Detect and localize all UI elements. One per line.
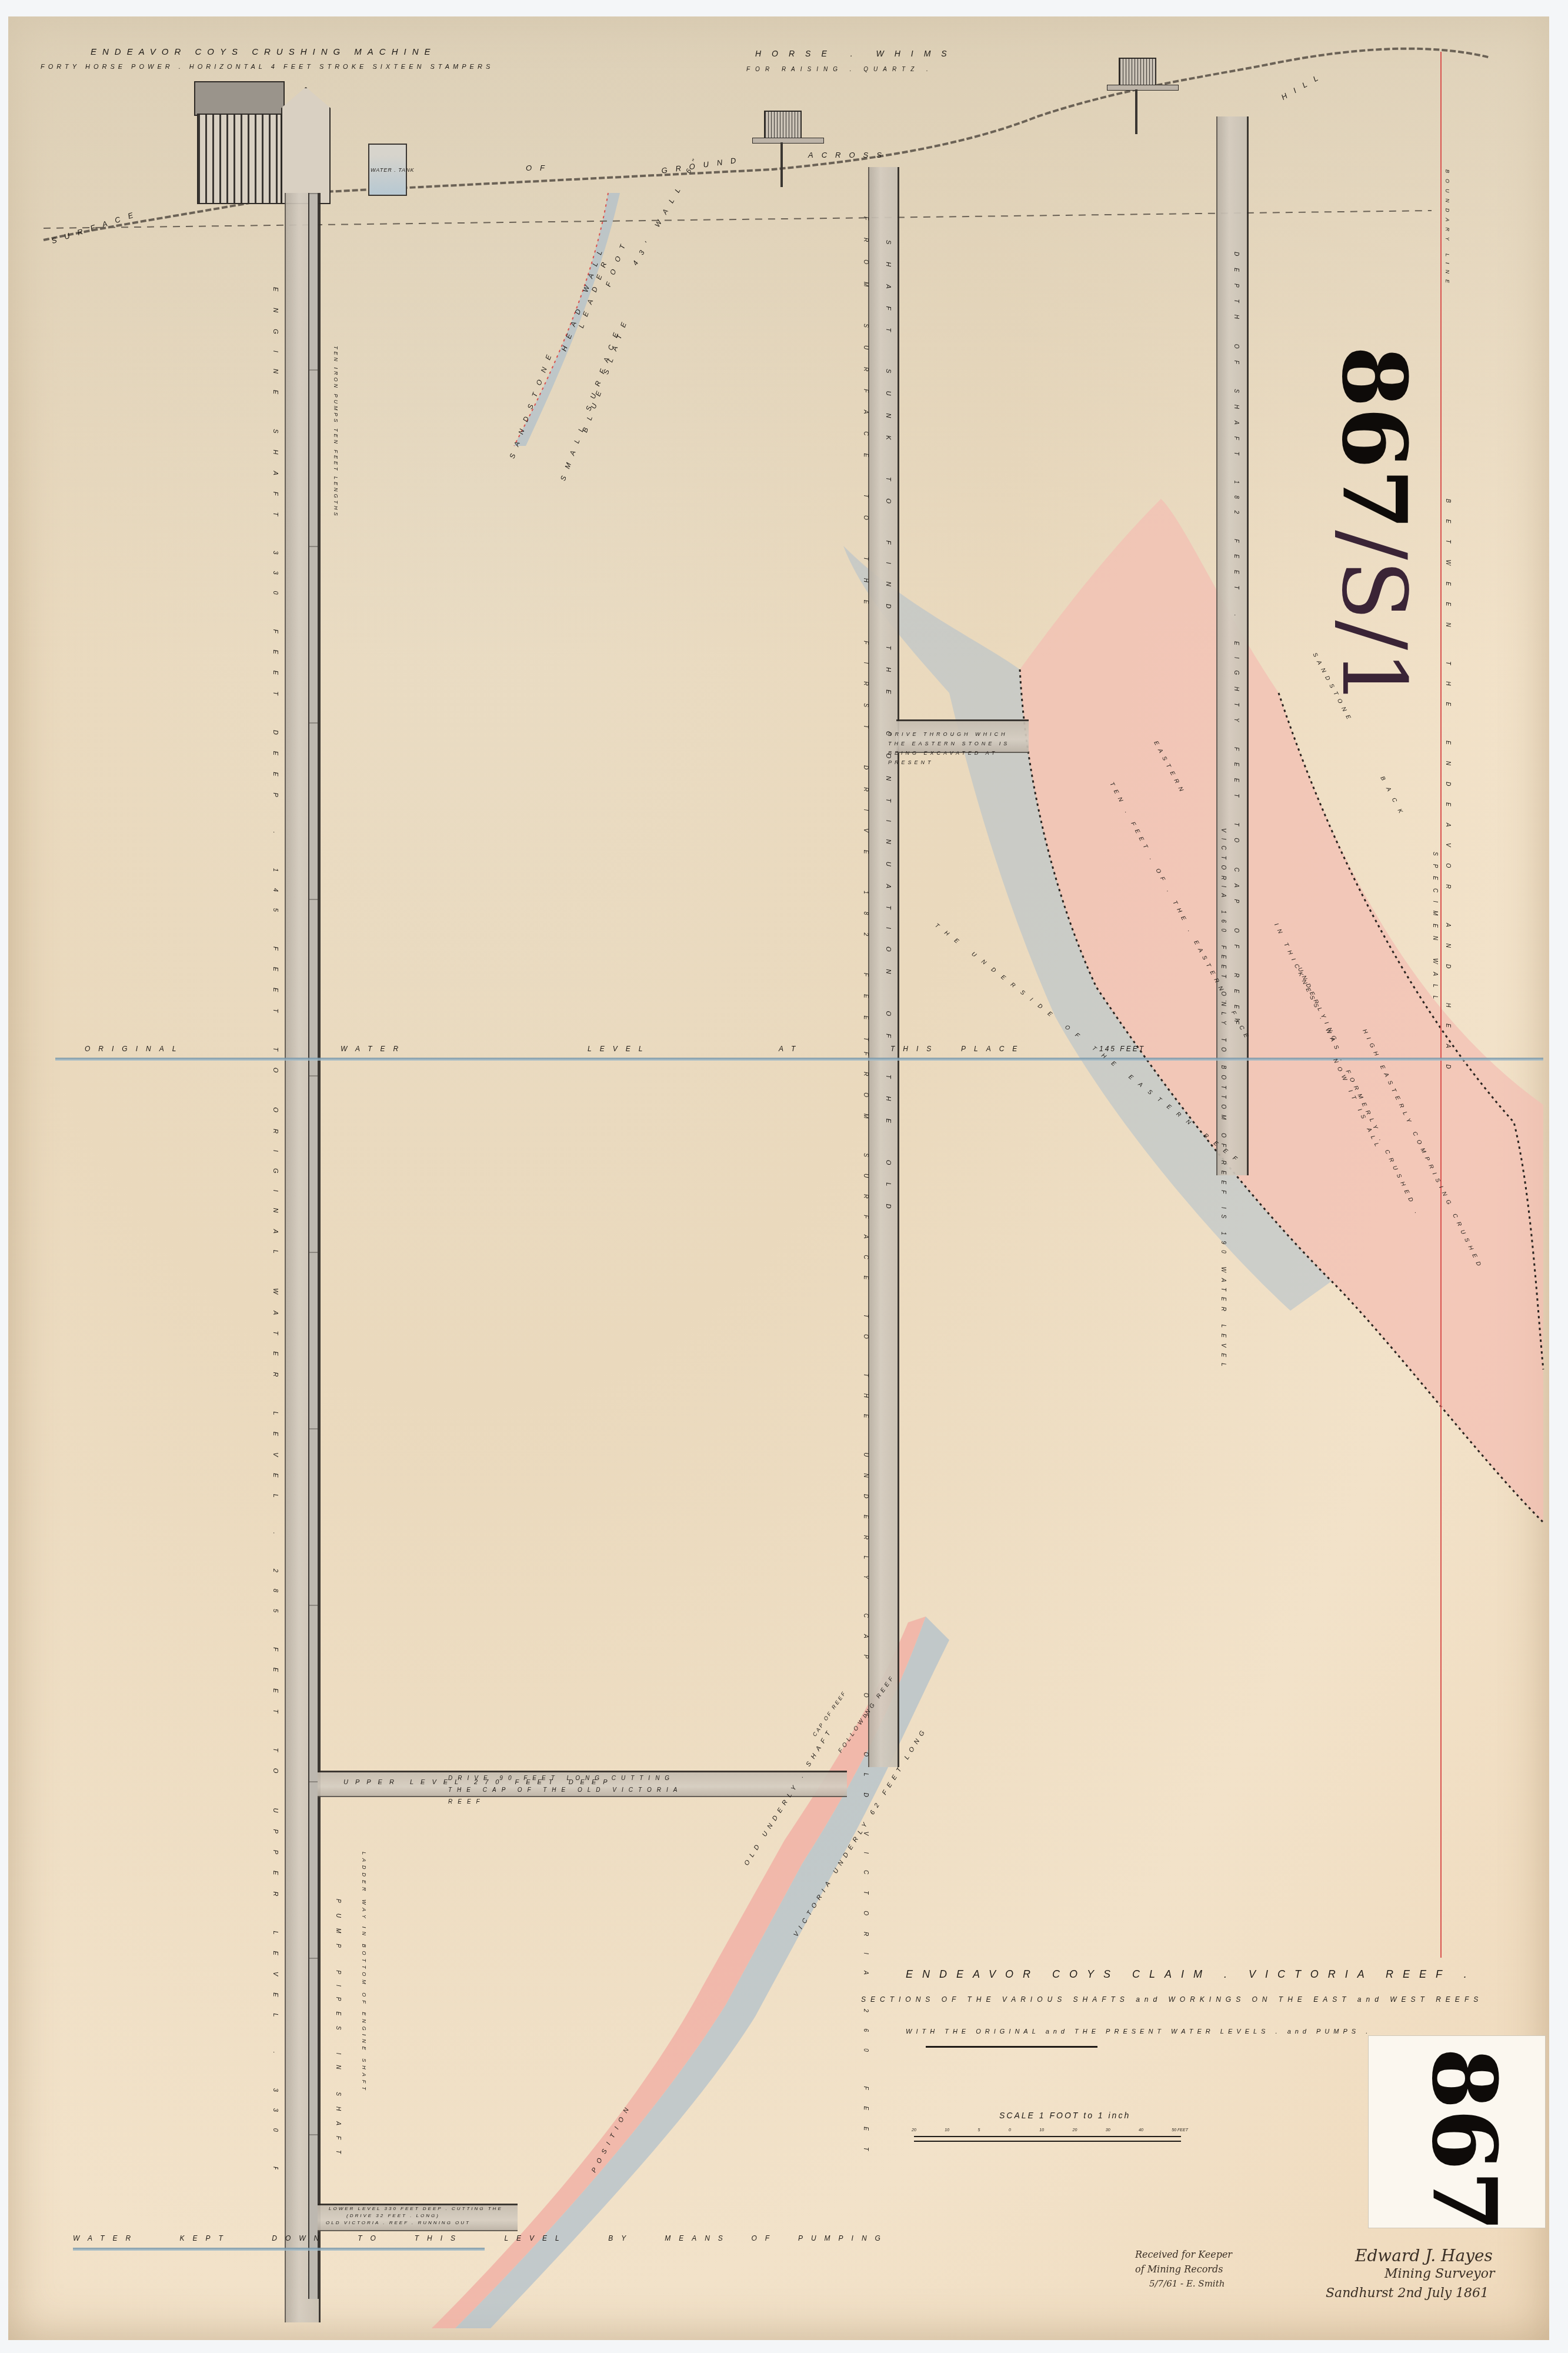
ladder-label: LADDER WAY IN BOTTOM OF ENGINE SHAFT (361, 1852, 367, 2094)
original-water-word-2: WATER (341, 1045, 406, 1053)
whim-drum (1119, 58, 1156, 86)
scale-bar (914, 2136, 1181, 2142)
upper-drive-label: DRIVE 90 FEET LONG CUTTING THE CAP OF TH… (448, 1773, 707, 1808)
whims-title: HORSE . WHIMS (755, 49, 958, 58)
pipes-label: PUMP PIPES IN SHAFT (335, 1899, 341, 2164)
lower-level-label-1: LOWER LEVEL 330 FEET DEEP . CUTTING THE (329, 2206, 503, 2211)
received-note-line-3: 5/7/61 - E. Smith (1149, 2278, 1225, 2289)
document-title: ENDEAVOR COYS CLAIM . VICTORIA REEF . (906, 1968, 1476, 1981)
original-water-word-1: ORIGINAL (85, 1045, 184, 1053)
east-shaft-lower-label: VICTORIA 160 FEET ONLY TO BOTTOM OF REEF… (1220, 828, 1226, 1372)
survey-place-date: Sandhurst 2nd July 1861 (1326, 2286, 1489, 2301)
east-shaft-label: DEPTH OF SHAFT 182 FEET . EIGHTY FEET TO… (1233, 252, 1239, 1036)
engine-shaft-label: ENGINE SHAFT 330 FEET DEEP . 145 FEET TO… (272, 287, 279, 2169)
east-drive-label: DRIVE THROUGH WHICH THE EASTERN STONE IS… (888, 729, 1029, 767)
east-reef-specimen-wall: SPECIMEN WALL (1432, 852, 1438, 1007)
present-water-level (73, 2248, 485, 2251)
catalogue-number: 867 (1322, 346, 1426, 530)
whim-drum (764, 111, 802, 139)
whim-legs (780, 142, 783, 187)
original-water-word-3: LEVEL (588, 1045, 650, 1053)
boundary-line-label: BOUNDARY LINE (1444, 169, 1450, 289)
water-tank-label: WATER . TANK (371, 167, 415, 173)
middle-shaft-outer-label-1: FROM SURFACE TO THE FIRST DRIVE 182 FEET (862, 216, 869, 1058)
original-water-word-4: AT (779, 1045, 803, 1053)
crushing-machine-building (194, 81, 335, 205)
machine-title: ENDEAVOR COYS CRUSHING MACHINE (91, 47, 436, 57)
building-stamp-house (197, 114, 282, 204)
present-water-words: WATER KEPT DOWN TO THIS LEVEL BY MEANS O… (73, 2234, 889, 2242)
middle-shaft (868, 167, 899, 1767)
surveyor-signature: Edward J. Hayes (1355, 2246, 1493, 2265)
scale-caption: SCALE 1 FOOT to 1 inch (999, 2111, 1130, 2120)
received-note-line-2: of Mining Records (1135, 2264, 1223, 2275)
whim-platform (752, 138, 824, 144)
lower-level-label-3: OLD VICTORIA . REEF . RUNNING OUT (326, 2220, 471, 2225)
building-gable (281, 87, 331, 204)
machine-spec: FORTY HORSE POWER . HORIZONTAL 4 FEET ST… (41, 64, 493, 71)
scale-ticks: 20 10 5 0 10 20 30 40 50 FEET (912, 2128, 1188, 2132)
original-water-word-6: PLACE (961, 1045, 1025, 1053)
original-water-word-5: THIS (890, 1045, 939, 1053)
surveyor-title: Mining Surveyor (1384, 2267, 1494, 2281)
building-roof (194, 81, 285, 116)
geology-section-drawing (8, 16, 1549, 2340)
lower-level-label-2: (DRIVE 32 FEET . LONG) (346, 2213, 440, 2218)
ground-word-of: OF (526, 164, 553, 172)
drawing-sheet: WATER . TANK ENDEAVOR COYS CRUSHING MACH… (8, 16, 1549, 2340)
horse-whim-1 (752, 99, 823, 187)
catalogue-suffix: /S/1 (1322, 530, 1424, 706)
document-subtitle-1: SECTIONS OF THE VARIOUS SHAFTS and WORKI… (861, 1995, 1483, 2004)
pump-pipe (308, 193, 319, 2299)
catalogue-tag-number: 867 (1412, 2048, 1516, 2232)
horse-whim-2 (1107, 46, 1177, 134)
catalogue-tag: 867 (1368, 2035, 1546, 2228)
title-underline (926, 2046, 1097, 2048)
whim-platform (1107, 85, 1179, 91)
original-water-depth: 145 FEET (1099, 1045, 1145, 1053)
whims-subtitle: FOR RAISING . QUARTZ . (746, 66, 933, 73)
present-water-label: WATER KEPT DOWN TO THIS LEVEL BY MEANS O… (73, 2233, 889, 2244)
document-subtitle-2: WITH THE ORIGINAL and THE PRESENT WATER … (906, 2028, 1372, 2035)
east-reef-between: BETWEEN THE ENDEAVOR AND HEAD (1444, 499, 1451, 1085)
ground-word-across: ACROSS (808, 151, 890, 159)
pumps-label: TEN IRON PUMPS TEN FEET LENGTHS (333, 346, 339, 518)
received-note-line-1: Received for Keeper (1135, 2249, 1232, 2260)
catalogue-number-top: 867/S/1 (1322, 346, 1426, 706)
whim-legs (1135, 89, 1137, 134)
water-tank: WATER . TANK (368, 144, 407, 196)
